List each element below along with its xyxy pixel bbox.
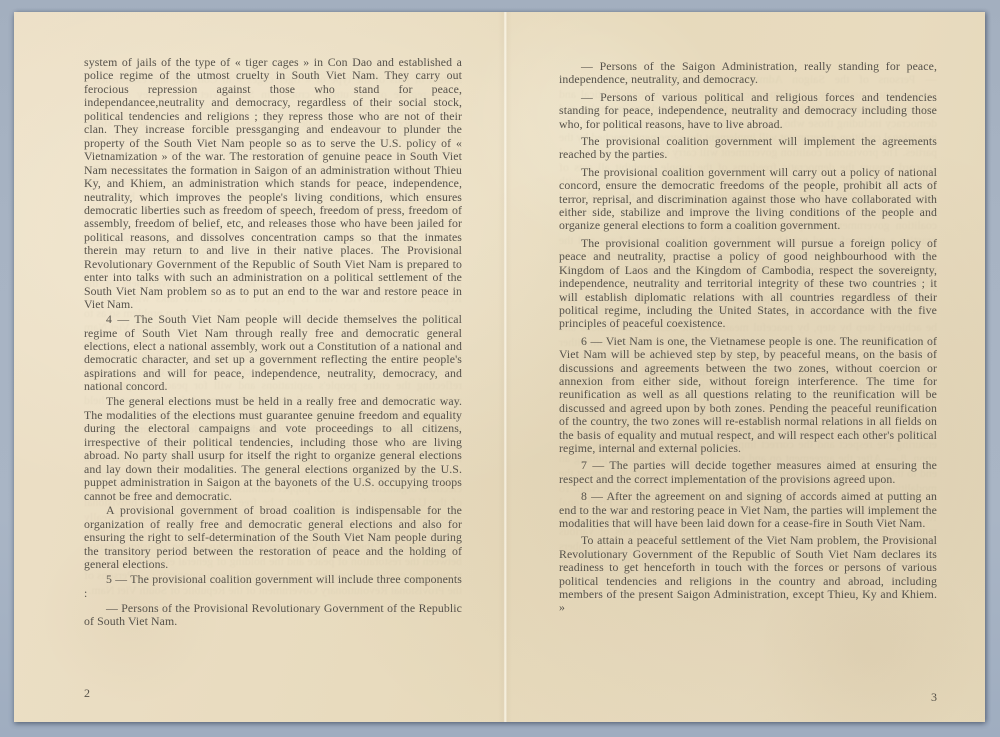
paragraph: The general elections must be held in a … — [84, 395, 462, 503]
left-page-number: 2 — [84, 686, 90, 701]
paragraph: A provisional government of broad coalit… — [84, 504, 462, 571]
right-page: — Persons of the Saigon Administration, … — [512, 12, 985, 722]
paragraph: 5 — The provisional coalition government… — [84, 573, 462, 600]
paragraph: 7 — The parties will decide together mea… — [559, 459, 937, 486]
right-page-text-block: — Persons of the Saigon Administration, … — [559, 60, 937, 619]
paragraph: system of jails of the type of « tiger c… — [84, 56, 462, 312]
paragraph: — Persons of the Provisional Revolutiona… — [84, 602, 462, 629]
paragraph: — Persons of various political and relig… — [559, 91, 937, 131]
right-page-number: 3 — [559, 690, 937, 705]
center-fold-crease — [498, 12, 512, 722]
paragraph: To attain a peaceful settlement of the V… — [559, 534, 937, 614]
left-page-text-block: system of jails of the type of « tiger c… — [84, 56, 462, 630]
paragraph: 6 — Viet Nam is one, the Vietnamese peop… — [559, 335, 937, 456]
paragraph: — Persons of the Saigon Administration, … — [559, 60, 937, 87]
paragraph: The provisional coalition government wil… — [559, 135, 937, 162]
paragraph: 4 — The South Viet Nam people will decid… — [84, 313, 462, 394]
scanner-background: system of jails of the type of « tiger c… — [0, 0, 1000, 737]
left-page: system of jails of the type of « tiger c… — [14, 12, 498, 722]
paragraph: The provisional coalition government wil… — [559, 166, 937, 233]
paper-spread: system of jails of the type of « tiger c… — [14, 12, 985, 722]
paragraph: The provisional coalition government wil… — [559, 237, 937, 331]
paragraph: 8 — After the agreement on and signing o… — [559, 490, 937, 530]
